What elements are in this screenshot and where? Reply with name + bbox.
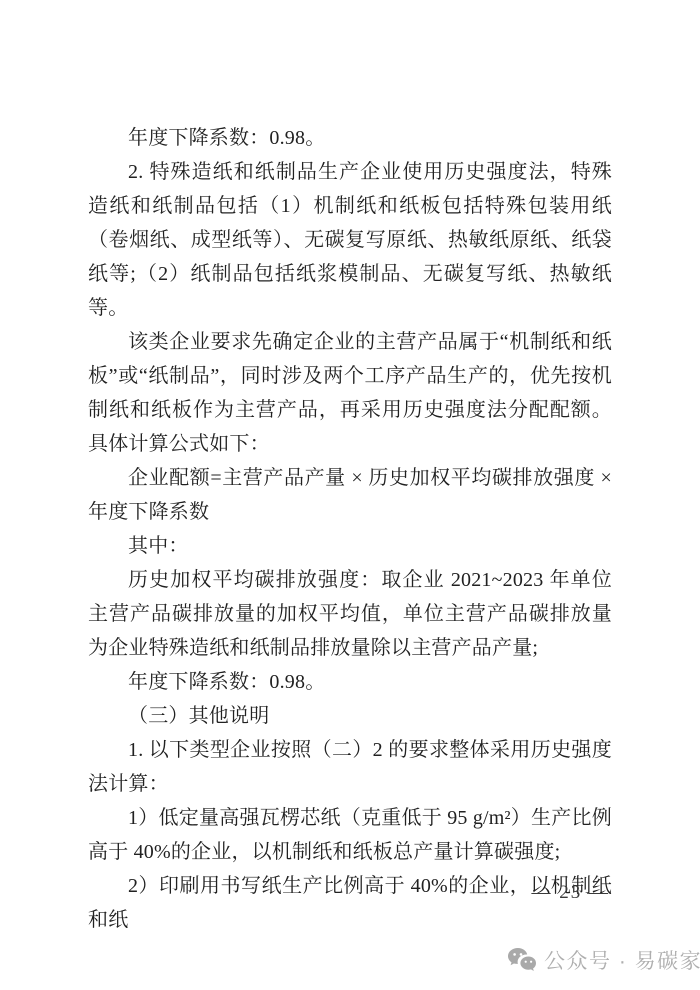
page-number: — 23 — xyxy=(532,882,611,904)
paragraph: （三）其他说明 xyxy=(88,699,612,733)
paragraph: 年度下降系数：0.98。 xyxy=(88,665,612,699)
paragraph: 2. 特殊造纸和纸制品生产企业使用历史强度法，特殊造纸和纸制品包括（1）机制纸和… xyxy=(88,155,612,325)
document-text-body: 年度下降系数：0.98。 2. 特殊造纸和纸制品生产企业使用历史强度法，特殊造纸… xyxy=(88,121,612,937)
document-page: 年度下降系数：0.98。 2. 特殊造纸和纸制品生产企业使用历史强度法，特殊造纸… xyxy=(0,0,700,990)
paragraph: 企业配额=主营产品产量 × 历史加权平均碳排放强度 × 年度下降系数 xyxy=(88,461,612,529)
paragraph: 该类企业要求先确定企业的主营产品属于“机制纸和纸板”或“纸制品”，同时涉及两个工… xyxy=(88,325,612,461)
wechat-icon xyxy=(507,947,537,973)
paragraph: 历史加权平均碳排放强度：取企业 2021~2023 年单位主营产品碳排放量的加权… xyxy=(88,563,612,665)
watermark: 公众号 · 易碳家 xyxy=(507,944,700,976)
watermark-text: 公众号 · 易碳家 xyxy=(544,945,700,975)
paragraph: 1. 以下类型企业按照（二）2 的要求整体采用历史强度法计算： xyxy=(88,733,612,801)
paragraph: 年度下降系数：0.98。 xyxy=(88,121,612,155)
paragraph: 其中： xyxy=(88,529,612,563)
paragraph: 1）低定量高强瓦楞芯纸（克重低于 95 g/m²）生产比例高于 40%的企业，以… xyxy=(88,801,612,869)
